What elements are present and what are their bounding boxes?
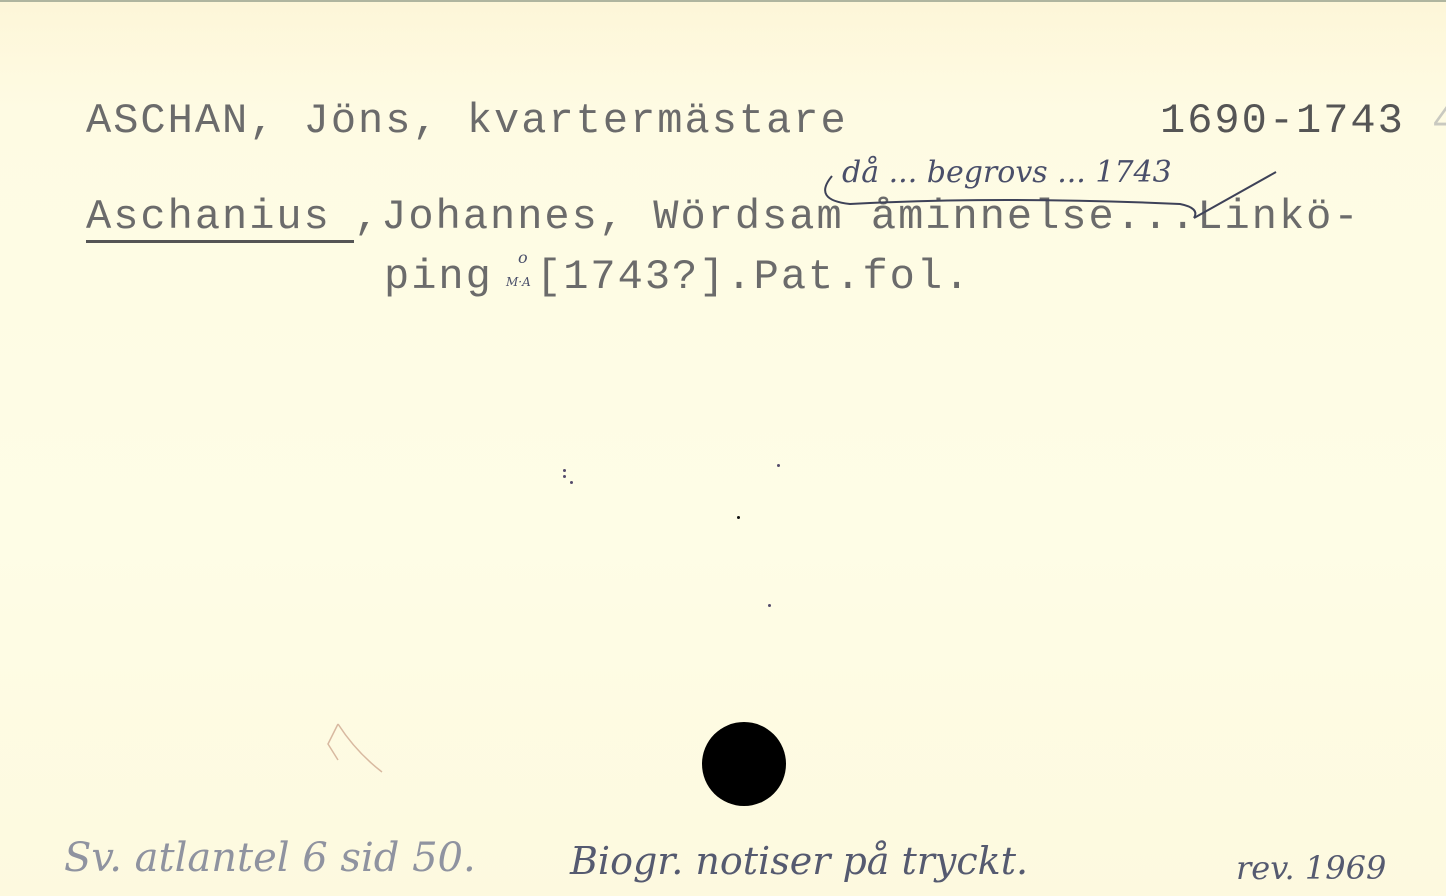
footer-biographical-note: Biogr. notiser på tryckt. — [570, 842, 1028, 880]
speck — [768, 604, 771, 607]
speck — [777, 464, 780, 467]
speck — [570, 481, 573, 484]
catalog-card: ASCHAN, Jöns, kvartermästare 1690-1743 4… — [0, 0, 1446, 896]
footer-date-note: rev. 1969 — [1236, 852, 1386, 884]
speck — [737, 516, 740, 519]
speck — [563, 475, 566, 478]
footer-source-note: Sv. atlantel 6 sid 50. — [64, 838, 476, 878]
punch-hole — [702, 722, 786, 806]
speck — [563, 469, 566, 472]
